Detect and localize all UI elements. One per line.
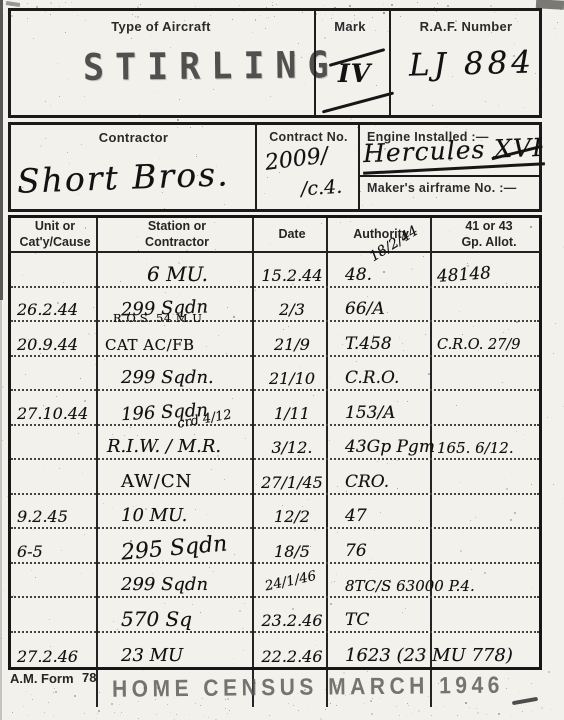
cell-unit-date: 9.2.45 [17, 509, 68, 525]
cell-date: 2/3 [279, 302, 305, 318]
cell-authority: 48. [345, 267, 372, 284]
cell-station: 299 Sqdn. [121, 369, 214, 387]
cell-date: 18/5 [274, 544, 310, 560]
cell-date: 22.2.46 [261, 649, 322, 665]
cell-authority: CRO. [345, 474, 389, 491]
column-divider [255, 125, 257, 209]
cell-allotment: 48148 [436, 265, 491, 286]
raf-number-label: R.A.F. Number [391, 19, 541, 34]
table-row: 299 Sqdn. 21/10 C.R.O. [11, 357, 539, 392]
cell-authority: 43Gp Pgm [345, 439, 435, 456]
table-row: 26.2.44 299 Sqdn 2/3 66/A [11, 288, 539, 323]
raf-number-value: LJ 884 [409, 47, 536, 81]
aircraft-identity-section: Type of Aircraft STIRLING Mark IV R.A.F.… [8, 8, 542, 118]
cell-station: R.I.W. / M.R. [107, 438, 221, 456]
header-station-contractor: Station or Contractor [99, 218, 255, 251]
cell-date: 27/1/45 [261, 475, 323, 491]
cell-station: 295 Sqdn [120, 533, 228, 564]
cell-authority: TC [345, 612, 369, 629]
cell-date: 21/10 [269, 371, 315, 387]
table-row: 27.10.44 196 Sqdn 1/11 153/A [11, 391, 539, 426]
cell-date: 21/9 [274, 337, 310, 353]
cell-station: 23 MU [121, 647, 183, 665]
cell-allotment: C.R.O. 27/9 [437, 338, 521, 353]
cell-station: 570 Sq [121, 609, 192, 629]
header-gp-allot: 41 or 43 Gp. Allot. [433, 218, 545, 251]
contract-details-section: Contractor Short Bros. Contract No. 2009… [8, 122, 542, 212]
cell-unit-date: 27.10.44 [17, 406, 88, 422]
table-row: 6-5 295 Sqdn 18/5 76 [11, 529, 539, 564]
cell-station: 10 MU. [121, 507, 187, 525]
scan-edge-artifact [0, 0, 3, 300]
engine-value: Hercules XVI [363, 135, 544, 166]
cell-unit-date: 6-5 [17, 544, 43, 560]
contract-no-label: Contract No. [258, 130, 359, 144]
cell-authority: 47 [345, 508, 367, 525]
aircraft-record-card: Type of Aircraft STIRLING Mark IV R.A.F.… [0, 0, 564, 720]
table-row: 9.2.45 10 MU. 12/2 47 [11, 495, 539, 530]
contract-no-value-suffix: /c.4. [300, 178, 342, 200]
mark-label: Mark [311, 19, 389, 34]
cell-date: 1/11 [274, 406, 310, 422]
census-stamp: HOME CENSUS MARCH 1946 [112, 673, 504, 704]
table-row: 299 Sqdn 24/1/46 8TC/S 63000 P.4. [11, 564, 539, 599]
header-date: Date [255, 218, 329, 251]
table-row: 27.2.46 23 MU 22.2.46 1623 (23 MU 778) [11, 633, 539, 668]
row-divider [358, 175, 542, 177]
table-row: 6 MU. 15.2.44 48. 18/2/44 48148 [11, 253, 539, 288]
am-form-number: 78 [82, 670, 96, 685]
table-row: 570 Sq 23.2.46 TC [11, 598, 539, 633]
column-divider [358, 125, 360, 209]
cell-date: 3/12. [271, 440, 312, 456]
cell-authority: C.R.O. [345, 370, 399, 387]
cell-authority: T.458 [345, 336, 392, 353]
scan-artifact [512, 697, 538, 705]
cell-authority: 66/A [345, 301, 385, 318]
cell-date: 15.2.44 [261, 268, 322, 284]
cell-station: AW/CN [121, 473, 192, 491]
aircraft-type-stamp: STIRLING [83, 45, 340, 90]
record-table-header: Unit or Cat'y/Cause Station or Contracto… [8, 215, 542, 253]
contract-no-value: 2009/ [264, 145, 330, 175]
cell-date: 23.2.46 [261, 613, 322, 629]
scan-artifact [6, 1, 20, 7]
cell-authority: 76 [345, 543, 367, 560]
cell-unit-date: 20.9.44 [17, 337, 78, 353]
pen-stroke [322, 91, 394, 113]
header-unit-cause: Unit or Cat'y/Cause [11, 218, 99, 251]
cell-station: 6 MU. [147, 264, 208, 284]
table-row: crd 4/12 R.I.W. / M.R. 3/12. 43Gp Pgm 16… [11, 426, 539, 461]
cell-allotment: 165. 6/12. [437, 441, 514, 456]
record-table-body: 6 MU. 15.2.44 48. 18/2/44 48148 26.2.44 … [8, 253, 542, 670]
scan-edge-artifact [0, 300, 2, 720]
am-form-label: A.M. Form [10, 671, 74, 686]
table-row: 20.9.44 R.O.S. 54 M.U. CAT AC/FB 21/9 T.… [11, 322, 539, 357]
cell-authority: 153/A [345, 405, 395, 422]
contractor-value: Short Bros. [16, 157, 230, 197]
cell-station-note: R.O.S. 54 M.U. [113, 313, 206, 325]
cell-unit-date: 26.2.44 [17, 302, 78, 318]
cell-station: 299 Sqdn [121, 576, 208, 594]
cell-unit-date: 27.2.46 [17, 649, 78, 665]
makers-airframe-label: Maker's airframe No. :— [367, 181, 543, 195]
type-of-aircraft-label: Type of Aircraft [11, 19, 311, 34]
cell-station: CAT AC/FB [105, 338, 195, 353]
cell-date: 12/2 [274, 509, 310, 525]
mark-value: IV [338, 61, 371, 86]
cell-date: 24/1/46 [264, 569, 318, 593]
contractor-label: Contractor [11, 130, 256, 145]
table-row: AW/CN 27/1/45 CRO. [11, 460, 539, 495]
